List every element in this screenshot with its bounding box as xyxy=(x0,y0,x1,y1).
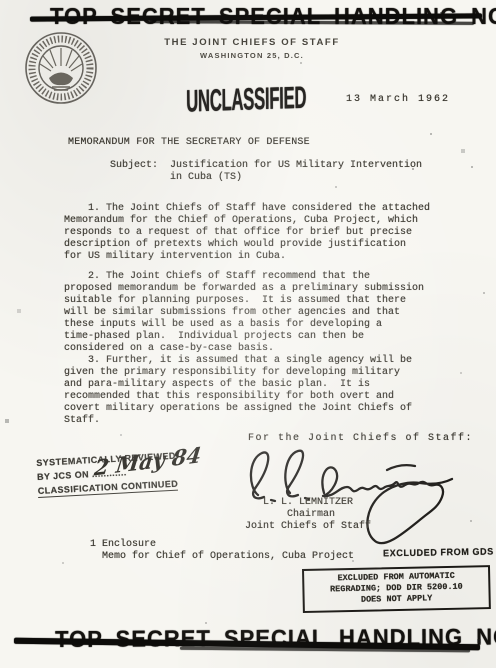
scan-noise-speckles xyxy=(0,0,2,2)
signature-title-jcs: Joint Chiefs of Staff xyxy=(245,521,371,533)
excluded-gds-stamp: EXCLUDED FROM GDS xyxy=(383,546,494,558)
memo-paragraph-2: 2. The Joint Chiefs of Staff recommend t… xyxy=(64,271,424,355)
memo-paragraph-1: 1. The Joint Chiefs of Staff have consid… xyxy=(64,203,430,263)
scanned-memo-page: TOP SECRET SPECIAL HANDLING NOFORN THE J… xyxy=(0,0,496,668)
letterhead-org: THE JOINT CHIEFS OF STAFF xyxy=(142,37,362,48)
memo-paragraph-3: 3. Further, it is assumed that a single … xyxy=(64,355,412,427)
unclassified-stamp: UNCLASSIFIED xyxy=(186,80,306,120)
signature-typed-name: L. L. LEMNITZER xyxy=(263,497,353,509)
signature-title-chairman: Chairman xyxy=(287,509,335,521)
joint-chiefs-seal-icon xyxy=(23,30,99,106)
letterhead-location: WASHINGTON 25, D.C. xyxy=(142,51,362,60)
memo-addressee: MEMORANDUM FOR THE SECRETARY OF DEFENSE xyxy=(68,137,310,149)
memo-date: 13 March 1962 xyxy=(346,94,450,105)
memo-subject: Subject: Justification for US Military I… xyxy=(110,160,422,184)
regrading-box-stamp: EXCLUDED FROM AUTOMATIC REGRADING; DOD D… xyxy=(302,565,491,613)
enclosure-note: 1 Enclosure Memo for Chief of Operations… xyxy=(90,539,354,563)
